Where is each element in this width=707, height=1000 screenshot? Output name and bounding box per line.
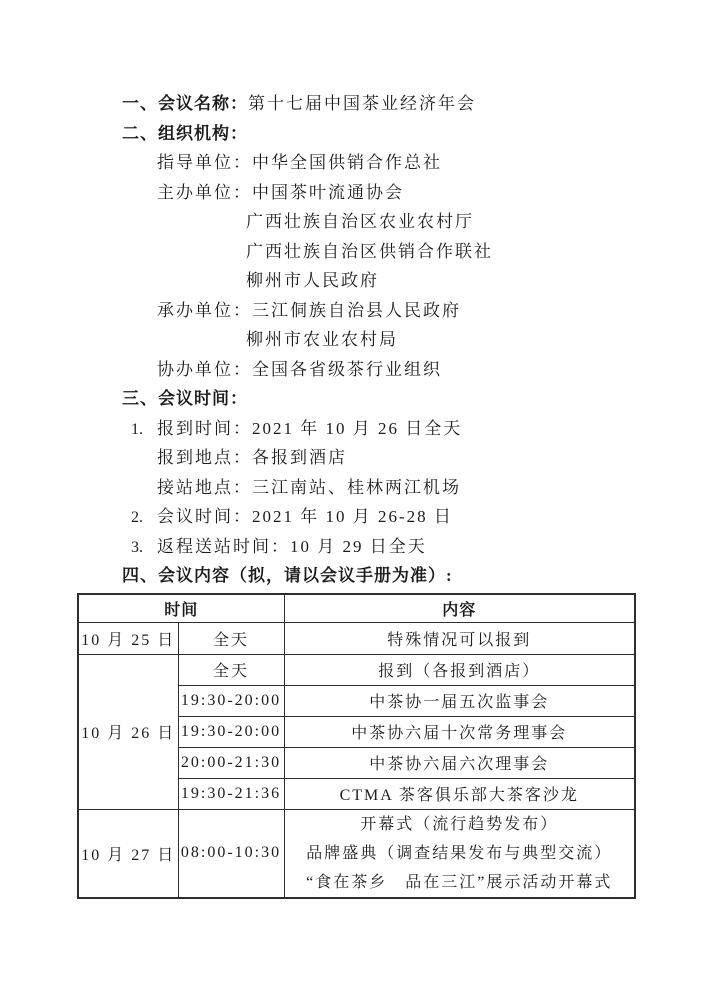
org-assist-label: 协办单位：	[157, 360, 252, 379]
oct26-date-cell: 10 月 26 日	[78, 654, 178, 809]
oct25-time-cell: 全天	[178, 622, 284, 654]
org-host-value: 中国茶叶流通协会	[252, 183, 404, 202]
note-item-1-text: 报到时间：2021 年 10 月 26 日全天	[157, 419, 462, 438]
note-item-3-text: 返程送站时间：10 月 29 日全天	[157, 537, 427, 556]
oct26-time-cell-3: 19:30-20:00	[178, 716, 284, 747]
table-header-row: 时间 内容	[78, 594, 635, 623]
note-item-1-sub-2: 接站地点：三江南站、桂林两江机场	[77, 473, 635, 503]
oct25-date-cell: 10 月 25 日	[78, 622, 178, 654]
org-undertake-label: 承办单位：	[157, 301, 252, 320]
table-header-time: 时间	[78, 594, 284, 623]
table-row-oct26-1: 10 月 26 日 全天 报到（各报到酒店）	[78, 654, 635, 685]
section-1-heading: 一、会议名称：	[122, 94, 248, 113]
oct26-content-cell-1: 报到（各报到酒店）	[284, 654, 635, 685]
org-host-line: 主办单位：中国茶叶流通协会	[77, 178, 635, 208]
oct25-content-cell: 特殊情况可以报到	[284, 622, 635, 654]
org-host-label: 主办单位：	[157, 183, 252, 202]
org-undertake-line: 承办单位：三江侗族自治县人民政府	[77, 296, 635, 326]
oct27-content-line-1: 开幕式（流行趋势发布）	[285, 810, 635, 839]
document-page: { "document": { "sec1": { "heading": "一、…	[0, 0, 707, 1000]
org-assist-line: 协办单位：全国各省级茶行业组织	[77, 355, 635, 385]
note-item-1-num: 1.	[131, 415, 157, 445]
org-host-extra-3: 柳州市人民政府	[77, 266, 635, 296]
note-item-2: 2.会议时间：2021 年 10 月 26-28 日	[77, 502, 635, 532]
oct26-time-cell-1: 全天	[178, 654, 284, 685]
org-assist-value: 全国各省级茶行业组织	[252, 360, 442, 379]
section-2-heading: 二、组织机构：	[122, 124, 248, 143]
note-item-1-sub-1: 报到地点：各报到酒店	[77, 443, 635, 473]
org-undertake-extra-1: 柳州市农业农村局	[77, 325, 635, 355]
note-item-2-num: 2.	[131, 503, 157, 533]
oct26-time-cell-4: 20:00-21:30	[178, 747, 284, 778]
oct27-content-line-2: 品牌盛典（调查结果发布与典型交流）	[285, 839, 635, 868]
section-3-heading: 三、会议时间：	[122, 389, 248, 408]
section-2-heading-line: 二、组织机构：	[77, 119, 635, 149]
oct27-time-cell: 08:00-10:30	[178, 809, 284, 898]
section-4-heading: 四、会议内容（拟，请以会议手册为准）:	[122, 566, 453, 585]
org-host-extra-1: 广西壮族自治区农业农村厅	[77, 207, 635, 237]
section-1-meeting-name: 一、会议名称：第十七届中国茶业经济年会	[77, 89, 635, 119]
note-item-2-text: 会议时间：2021 年 10 月 26-28 日	[157, 507, 453, 526]
oct27-content-cell: 开幕式（流行趋势发布） 品牌盛典（调查结果发布与典型交流） “食在茶乡 品在三江…	[284, 809, 635, 898]
oct26-content-cell-4: 中茶协六届六次理事会	[284, 747, 635, 778]
section-4-heading-line: 四、会议内容（拟，请以会议手册为准）:	[77, 561, 635, 591]
oct26-time-cell-2: 19:30-20:00	[178, 685, 284, 716]
oct26-content-cell-3: 中茶协六届十次常务理事会	[284, 716, 635, 747]
table-row-oct27: 10 月 27 日 08:00-10:30 开幕式（流行趋势发布） 品牌盛典（调…	[78, 809, 635, 898]
org-undertake-value: 三江侗族自治县人民政府	[252, 301, 461, 320]
oct26-time-cell-5: 19:30-21:36	[178, 778, 284, 809]
org-guide-value: 中华全国供销合作总社	[252, 153, 442, 172]
note-item-1: 1.报到时间：2021 年 10 月 26 日全天	[77, 414, 635, 444]
org-guide-line: 指导单位：中华全国供销合作总社	[77, 148, 635, 178]
org-host-extra-2: 广西壮族自治区供销合作联社	[77, 237, 635, 267]
oct26-content-cell-5: CTMA 茶客俱乐部大茶客沙龙	[284, 778, 635, 809]
oct26-content-cell-2: 中茶协一届五次监事会	[284, 685, 635, 716]
note-item-3-num: 3.	[131, 533, 157, 563]
oct27-content-line-3: “食在茶乡 品在三江”展示活动开幕式	[285, 868, 635, 897]
table-row-oct25: 10 月 25 日 全天 特殊情况可以报到	[78, 622, 635, 654]
section-3-heading-line: 三、会议时间：	[77, 384, 635, 414]
schedule-table: 时间 内容 10 月 25 日 全天 特殊情况可以报到 10 月 26 日 全天…	[77, 593, 636, 899]
document-body: 一、会议名称：第十七届中国茶业经济年会 二、组织机构： 指导单位：中华全国供销合…	[77, 89, 635, 899]
oct27-date-cell: 10 月 27 日	[78, 809, 178, 898]
org-guide-label: 指导单位：	[157, 153, 252, 172]
table-header-content: 内容	[284, 594, 635, 623]
note-item-3: 3.返程送站时间：10 月 29 日全天	[77, 532, 635, 562]
section-1-value: 第十七届中国茶业经济年会	[248, 94, 476, 113]
